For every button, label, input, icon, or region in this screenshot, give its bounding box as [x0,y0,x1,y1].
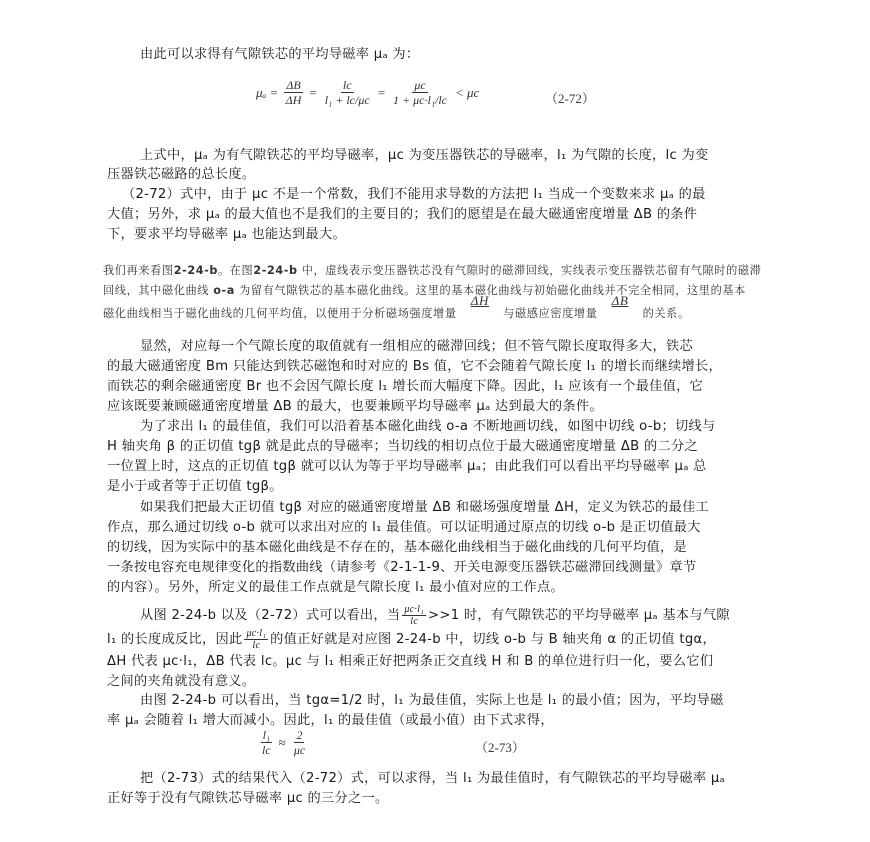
p6-line4: 一条按电容充电规律变化的指数曲线（请参考《2-1-1-9、开关电源变压器铁芯磁滞… [107,559,696,577]
document-page: 由此可以求得有气隙铁芯的平均导磁率 μₐ 为： μₐ = ΔB ΔH = lc … [0,0,870,842]
equation-number-2-72: （2-72） [545,88,595,107]
p6-line1: 如果我们把最大正切值 tgβ 对应的磁通密度增量 ΔB 和磁场强度增量 ΔH，定… [140,499,709,517]
equation-2-72: μₐ = ΔB ΔH = lc l₁ + lc/μc = μc 1 + μc·l… [256,78,479,107]
p1-line2: 压器铁芯磁路的总长度。 [107,166,255,184]
p6-line2: 作点，那么通过切线 o-b 就可以求出对应的 l₁ 最佳值。可以证明通过原点的切… [107,519,701,537]
eq-frac-3: μc 1 + μc·l₁/lc [391,78,449,107]
p1-line1: 上式中，μₐ 为有气隙铁芯的平均导磁率，μc 为变压器铁芯的导磁率，l₁ 为气隙… [140,147,708,165]
p2-line3: 下，要求平均导磁率 μₐ 也能达到最大。 [107,226,346,244]
eq-rhs: < μc [455,85,479,101]
p7-line2: l₁ 的长度成反比，因此 μc·l₁ lc 的值正好就是对应图 2-24-b 中… [107,628,716,651]
p6-line5: 的内容）。另外，所定义的最佳工作点就是气隙长度 l₁ 最小值对应的工作点。 [107,579,564,597]
p5-line3: 一位置上时，这点的正切值 tgβ 就可以认为等于平均导磁率 μₐ；由此我们可以看… [107,458,707,476]
p3-line2: 回线，其中磁化曲线 o-a 为留有气隙铁芯的基本磁化曲线。这里的基本磁化曲线与初… [103,282,746,300]
p7-line4: 之间的夹角就没有意义。 [107,673,255,691]
p4-line3: 而铁芯的剩余磁通密度 Br 也不会因气隙长度 l₁ 增长而大幅度下降。因此，l₁… [107,378,703,396]
eq-lhs: μₐ [256,85,266,101]
p7-line3: ΔH 代表 μc·l₁，ΔB 代表 lc。μc 与 l₁ 相乘正好把两条正交直线… [107,653,713,671]
intro-text: 由此可以求得有气隙铁芯的平均导磁率 μₐ 为： [140,46,419,64]
p5-line2: H 轴夹角 β 的正切值 tgβ 就是此点的导磁率；当切线的相切点位于最大磁通密… [107,438,698,456]
p3-line1: 我们再来看图2-24-b。在图2-24-b 中，虚线表示变压器铁芯没有气隙时的磁… [103,262,761,280]
p2-line1: （2-72）式中，由于 μc 不是一个常数，我们不能用求导数的方法把 l₁ 当成… [122,186,706,204]
p5-line1: 为了求出 l₁ 的最佳值，我们可以沿着基本磁化曲线 o-a 不断地画切线，如图中… [140,418,715,436]
equation-number-2-73: （2-73） [475,737,525,756]
p8-line1: 由图 2-24-b 可以看出，当 tgα=1/2 时，l₁ 为最佳值，实际上也是… [140,692,724,710]
p4-line2: 的最大磁通密度 Bm 只能达到铁芯磁饱和时对应的 Bs 值，它不会随着气隙长度 … [107,358,722,376]
p9-line1: 把（2-73）式的结果代入（2-72）式，可以求得，当 l₁ 为最佳值时，有气隙… [140,770,725,788]
p4-line1: 显然，对应每一个气隙长度的取值就有一组相应的磁滞回线；但不管气隙长度取得多大，铁… [140,338,693,356]
eq-frac-2: lc l₁ + lc/μc [323,78,372,107]
p5-line4: 是小于或者等于正切值 tgβ。 [107,478,283,496]
p2-line2: 大值；另外，求 μₐ 的最大值也不是我们的主要目的；我们的愿望是在最大磁通密度增… [107,206,697,224]
p3-line3: 磁化曲线相当于磁化曲线的几何平均值，以便用于分析磁场强度增量 ΔH 与磁感应密度… [103,304,690,323]
p9-line2: 正好等于没有气隙铁芯导磁率 μc 的三分之一。 [107,790,389,808]
eq-frac-1: ΔB ΔH [284,78,304,107]
equation-2-73: l₁ lc ≈ 2 μc [258,728,309,757]
p8-line2: 率 μₐ 会随着 l₁ 增大而减小。因此，l₁ 的最佳值（或最小值）由下式求得， [107,712,554,730]
p6-line3: 的切线，因为实际中的基本磁化曲线是不存在的，基本磁化曲线相当于磁化曲线的几何平均… [107,539,687,557]
p4-line4: 应该既要兼顾磁通密度增量 ΔB 的最大，也要兼顾平均导磁率 μₐ 达到最大的条件… [107,398,603,416]
p7-line1: 从图 2-24-b 以及（2-72）式可以看出，当 μc·l₁ lc >>1 时… [140,604,730,627]
